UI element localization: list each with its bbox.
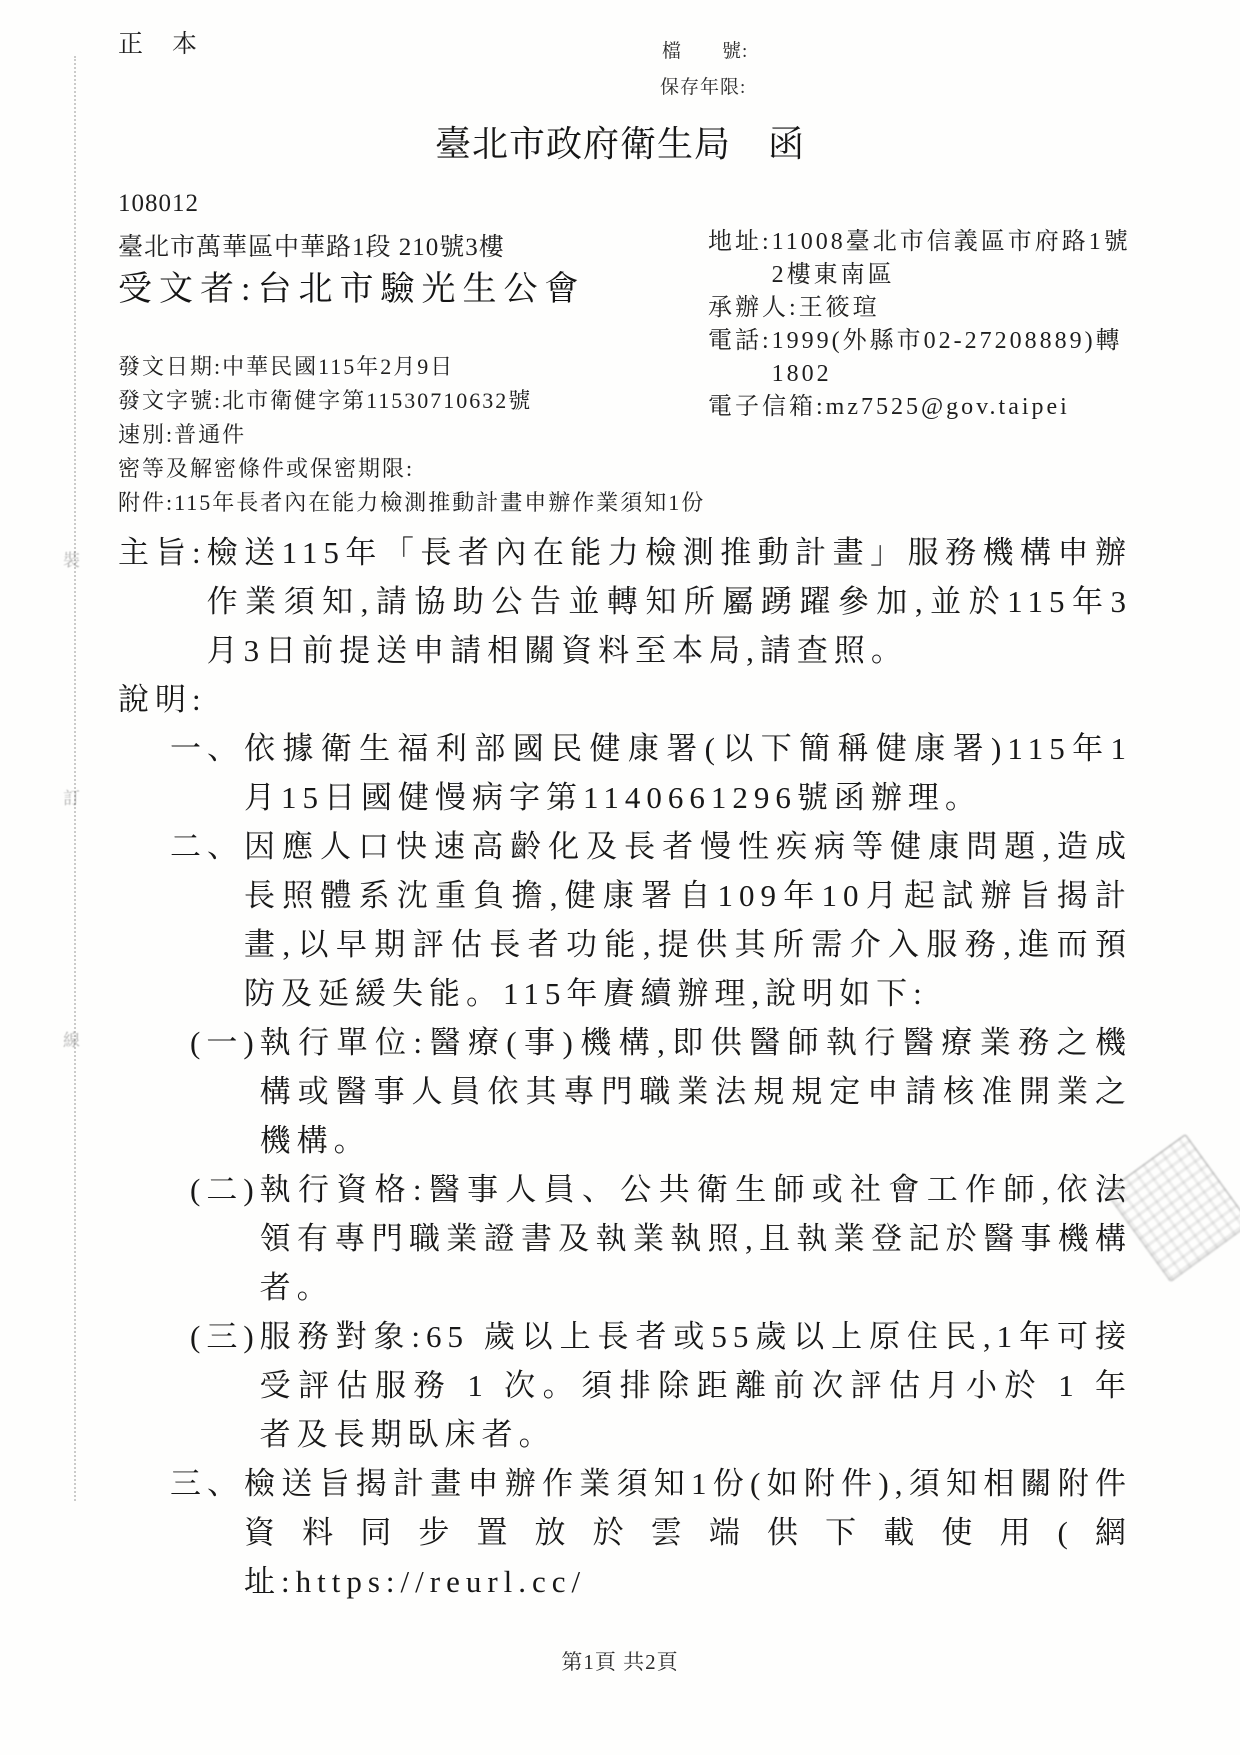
item-2-1-number: (一) [190,1018,260,1165]
subject-text: 檢送115年「長者內在能力檢測推動計畫」服務機構申辦作業須知,請協助公告並轉知所… [207,528,1132,675]
item-2-2-text: 執行資格:醫事人員、公共衛生師或社會工作師,依法領有專門職業證書及執業執照,且執… [260,1165,1132,1312]
agency-address-label: 地址: [708,226,772,292]
binding-mark-zhuang: 裝 [63,546,80,571]
attachment-line: 附件:115年長者內在能力檢測推動計畫申辦作業須知1份 [118,486,705,520]
case-officer-row: 承辦人: 王筱瑄 [708,292,1132,325]
document-title: 臺北市政府衛生局 函 [0,116,1240,167]
email-row: 電子信箱: mz7525@gov.taipei [708,391,1132,424]
explanation-item-2-1: (一) 執行單位:醫療(事)機構,即供醫師執行醫療業務之機構或醫事人員依其專門職… [118,1018,1132,1165]
letter-body: 主旨: 檢送115年「長者內在能力檢測推動計畫」服務機構申辦作業須知,請協助公告… [118,528,1132,1606]
priority-line: 速別:普通件 [118,418,705,452]
retention-period-label: 保存年限: [660,72,746,99]
item-3-number: 三、 [170,1459,244,1606]
explanation-item-1: 一、 依據衛生福利部國民健康署(以下簡稱健康署)115年1月15日國健慢病字第1… [118,724,1132,822]
recipient-line: 受文者:台北市驗光生公會 [118,261,585,310]
binding-mark-xian: 線 [63,1026,80,1051]
item-1-number: 一、 [170,724,244,822]
issue-number-line: 發文字號:北市衛健字第11530710632號 [118,384,705,418]
phone-row: 電話: 1999(外縣市02-27208889)轉1802 [708,325,1132,391]
subject-label: 主旨: [118,528,207,675]
issue-date-line: 發文日期:中華民國115年2月9日 [118,350,705,384]
phone-label: 電話: [708,325,772,391]
case-officer-value: 王筱瑄 [799,292,1132,325]
item-2-3-text: 服務對象:65 歲以上長者或55歲以上原住民,1年可接受評估服務 1 次。須排除… [260,1312,1132,1459]
explanation-item-2: 二、 因應人口快速高齡化及長者慢性疾病等健康問題,造成長照體系沈重負擔,健康署自… [118,822,1132,1018]
item-2-text: 因應人口快速高齡化及長者慢性疾病等健康問題,造成長照體系沈重負擔,健康署自109… [244,822,1132,1018]
explanation-item-3: 三、 檢送旨揭計畫申辦作業須知1份(如附件),須知相關附件資料同步置放於雲端供下… [118,1459,1132,1606]
item-2-1-text: 執行單位:醫療(事)機構,即供醫師執行醫療業務之機構或醫事人員依其專門職業法規規… [260,1018,1132,1165]
binding-dotted-line [74,56,76,1501]
issuance-meta-block: 發文日期:中華民國115年2月9日 發文字號:北市衛健字第11530710632… [118,350,705,520]
subject-paragraph: 主旨: 檢送115年「長者內在能力檢測推動計畫」服務機構申辦作業須知,請協助公告… [118,528,1132,675]
explanation-item-2-3: (三) 服務對象:65 歲以上長者或55歲以上原住民,1年可接受評估服務 1 次… [118,1312,1132,1459]
explanation-label: 說明: [118,675,1132,724]
email-value: mz7525@gov.taipei [826,391,1132,424]
recipient-zip: 108012 [118,190,199,218]
scanned-official-letter-page: 裝 訂 線 正 本 檔 號: 保存年限: 臺北市政府衛生局 函 108012 臺… [0,0,1240,1755]
copy-type-label: 正 本 [118,24,199,60]
classification-line: 密等及解密條件或保密期限: [118,452,705,486]
agency-address-value: 11008臺北市信義區市府路1號2樓東南區 [772,226,1132,292]
item-2-2-number: (二) [190,1165,260,1312]
item-1-text: 依據衛生福利部國民健康署(以下簡稱健康署)115年1月15日國健慢病字第1140… [244,724,1132,822]
phone-value: 1999(外縣市02-27208889)轉1802 [772,325,1132,391]
agency-contact-block: 地址: 11008臺北市信義區市府路1號2樓東南區 承辦人: 王筱瑄 電話: 1… [708,226,1132,424]
case-officer-label: 承辦人: [708,292,799,325]
item-3-text: 檢送旨揭計畫申辦作業須知1份(如附件),須知相關附件資料同步置放於雲端供下載使用… [244,1459,1132,1606]
explanation-item-2-2: (二) 執行資格:醫事人員、公共衛生師或社會工作師,依法領有專門職業證書及執業執… [118,1165,1132,1312]
file-number-label: 檔 號: [662,36,748,63]
agency-address-row: 地址: 11008臺北市信義區市府路1號2樓東南區 [708,226,1132,292]
email-label: 電子信箱: [708,391,826,424]
binding-mark-ding: 訂 [63,784,80,809]
item-2-3-number: (三) [190,1312,260,1459]
recipient-address: 臺北市萬華區中華路1段 210號3樓 [118,227,505,263]
item-2-number: 二、 [170,822,244,1018]
page-number-footer: 第1頁 共2頁 [0,1646,1240,1676]
